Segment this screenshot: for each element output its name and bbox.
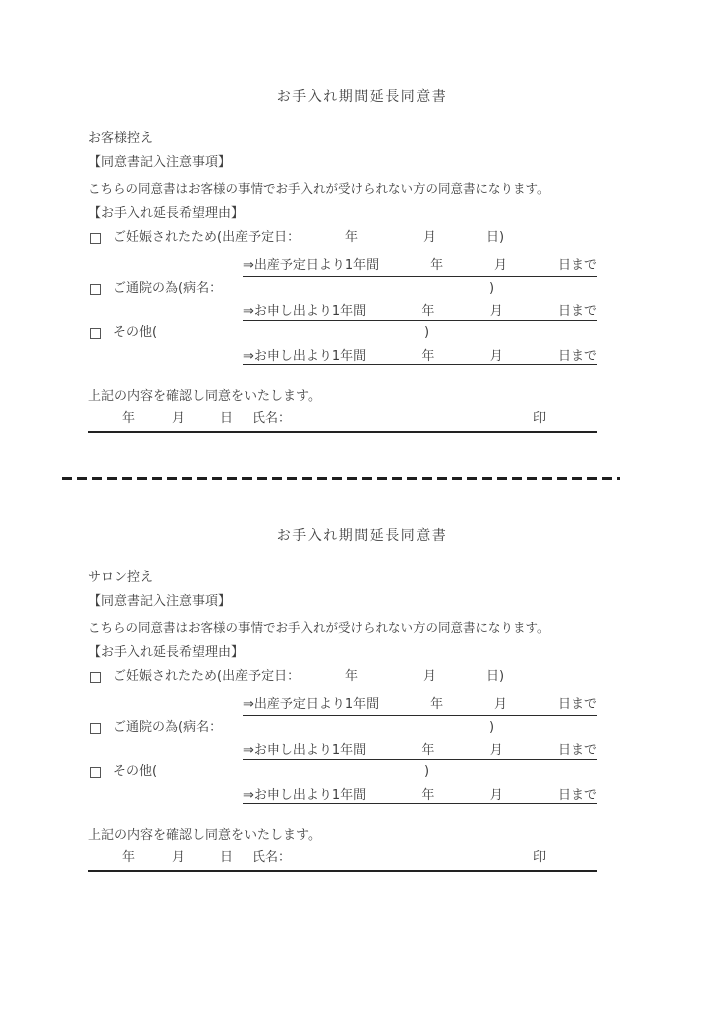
year-label: 年 [421,739,434,758]
due-date-day-label: 日) [486,230,504,246]
extension-period-row-hospital: ⇒お申し出より1年間 年 月 日まで [243,300,597,319]
paren-close: ) [424,325,429,341]
checkbox-hospital-visit[interactable] [90,284,101,295]
signature-day-label: 日 [220,411,233,427]
reason-hospital-label: ご通院の為(病名： [113,720,222,736]
document-title: お手入れ期間延長同意書 [0,525,724,545]
signature-line [88,870,597,872]
year-label: 年 [430,254,443,273]
extension-rule-label: ⇒お申し出より1年間 [243,739,366,758]
until-day-label: 日まで [558,784,597,803]
reason-pregnancy-label: ご妊娠されたため(出産予定日： [113,669,300,685]
copy-label: お客様控え [88,131,153,147]
year-label: 年 [421,784,434,803]
notice-body: こちらの同意書はお客様の事情でお手入れが受けられない方の同意書になります。 [88,181,550,197]
reason-hospital-label: ご通院の為(病名： [113,281,222,297]
document-title: お手入れ期間延長同意書 [0,86,724,106]
signature-day-label: 日 [220,850,233,866]
signature-year-label: 年 [122,411,135,427]
notice-body: こちらの同意書はお客様の事情でお手入れが受けられない方の同意書になります。 [88,620,550,636]
reason-heading: 【お手入れ延長希望理由】 [88,206,244,222]
extension-period-row-other: ⇒お申し出より1年間 年 月 日まで [243,345,597,364]
document-page: { "page": { "background_color": "#ffffff… [0,0,724,1024]
extension-rule-label: ⇒お申し出より1年間 [243,300,366,319]
paren-close: ) [424,764,429,780]
until-day-label: 日まで [558,693,597,712]
signature-month-label: 月 [172,411,185,427]
copy-label: サロン控え [88,570,153,586]
paren-close: ) [489,281,494,297]
signature-name-label: 氏名： [252,411,291,427]
extension-period-row-other: ⇒お申し出より1年間 年 月 日まで [243,784,597,803]
until-day-label: 日まで [558,254,597,273]
reason-other-label: その他( [113,325,157,341]
extension-period-row-hospital: ⇒お申し出より1年間 年 月 日まで [243,739,597,758]
signature-name-label: 氏名： [252,850,291,866]
month-label: 月 [490,300,503,319]
until-day-label: 日まで [558,739,597,758]
until-day-label: 日まで [558,300,597,319]
seal-label: 印 [533,411,546,427]
fill-in-line [243,759,597,760]
due-date-month-label: 月 [423,669,436,685]
checkbox-other[interactable] [90,328,101,339]
month-label: 月 [494,254,507,273]
fill-in-line [243,276,597,277]
month-label: 月 [494,693,507,712]
confirm-statement: 上記の内容を確認し同意をいたします。 [88,389,321,405]
signature-line [88,431,597,433]
due-date-month-label: 月 [423,230,436,246]
reason-heading: 【お手入れ延長希望理由】 [88,645,244,661]
extension-period-row-pregnancy: ⇒出産予定日より1年間 年 月 日まで [243,693,597,712]
month-label: 月 [490,739,503,758]
fill-in-line [243,364,597,365]
fill-in-line [243,715,597,716]
extension-rule-label: ⇒お申し出より1年間 [243,345,366,364]
notice-heading: 【同意書記入注意事項】 [88,155,231,171]
until-day-label: 日まで [558,345,597,364]
signature-year-label: 年 [122,850,135,866]
checkbox-pregnancy[interactable] [90,233,101,244]
due-date-year-label: 年 [345,230,358,246]
due-date-year-label: 年 [345,669,358,685]
reason-other-label: その他( [113,764,157,780]
extension-rule-label: ⇒出産予定日より1年間 [243,693,379,712]
signature-month-label: 月 [172,850,185,866]
seal-label: 印 [533,850,546,866]
month-label: 月 [490,345,503,364]
due-date-day-label: 日) [486,669,504,685]
year-label: 年 [421,300,434,319]
agreement-section-customer: お手入れ期間延長同意書 お客様控え 【同意書記入注意事項】 こちらの同意書はお客… [0,0,724,439]
extension-rule-label: ⇒出産予定日より1年間 [243,254,379,273]
checkbox-other[interactable] [90,767,101,778]
fill-in-line [243,320,597,321]
year-label: 年 [421,345,434,364]
checkbox-hospital-visit[interactable] [90,723,101,734]
checkbox-pregnancy[interactable] [90,672,101,683]
agreement-section-salon: お手入れ期間延長同意書 サロン控え 【同意書記入注意事項】 こちらの同意書はお客… [0,439,724,878]
confirm-statement: 上記の内容を確認し同意をいたします。 [88,828,321,844]
reason-pregnancy-label: ご妊娠されたため(出産予定日： [113,230,300,246]
paren-close: ) [489,720,494,736]
extension-rule-label: ⇒お申し出より1年間 [243,784,366,803]
month-label: 月 [490,784,503,803]
year-label: 年 [430,693,443,712]
fill-in-line [243,803,597,804]
extension-period-row-pregnancy: ⇒出産予定日より1年間 年 月 日まで [243,254,597,273]
notice-heading: 【同意書記入注意事項】 [88,594,231,610]
